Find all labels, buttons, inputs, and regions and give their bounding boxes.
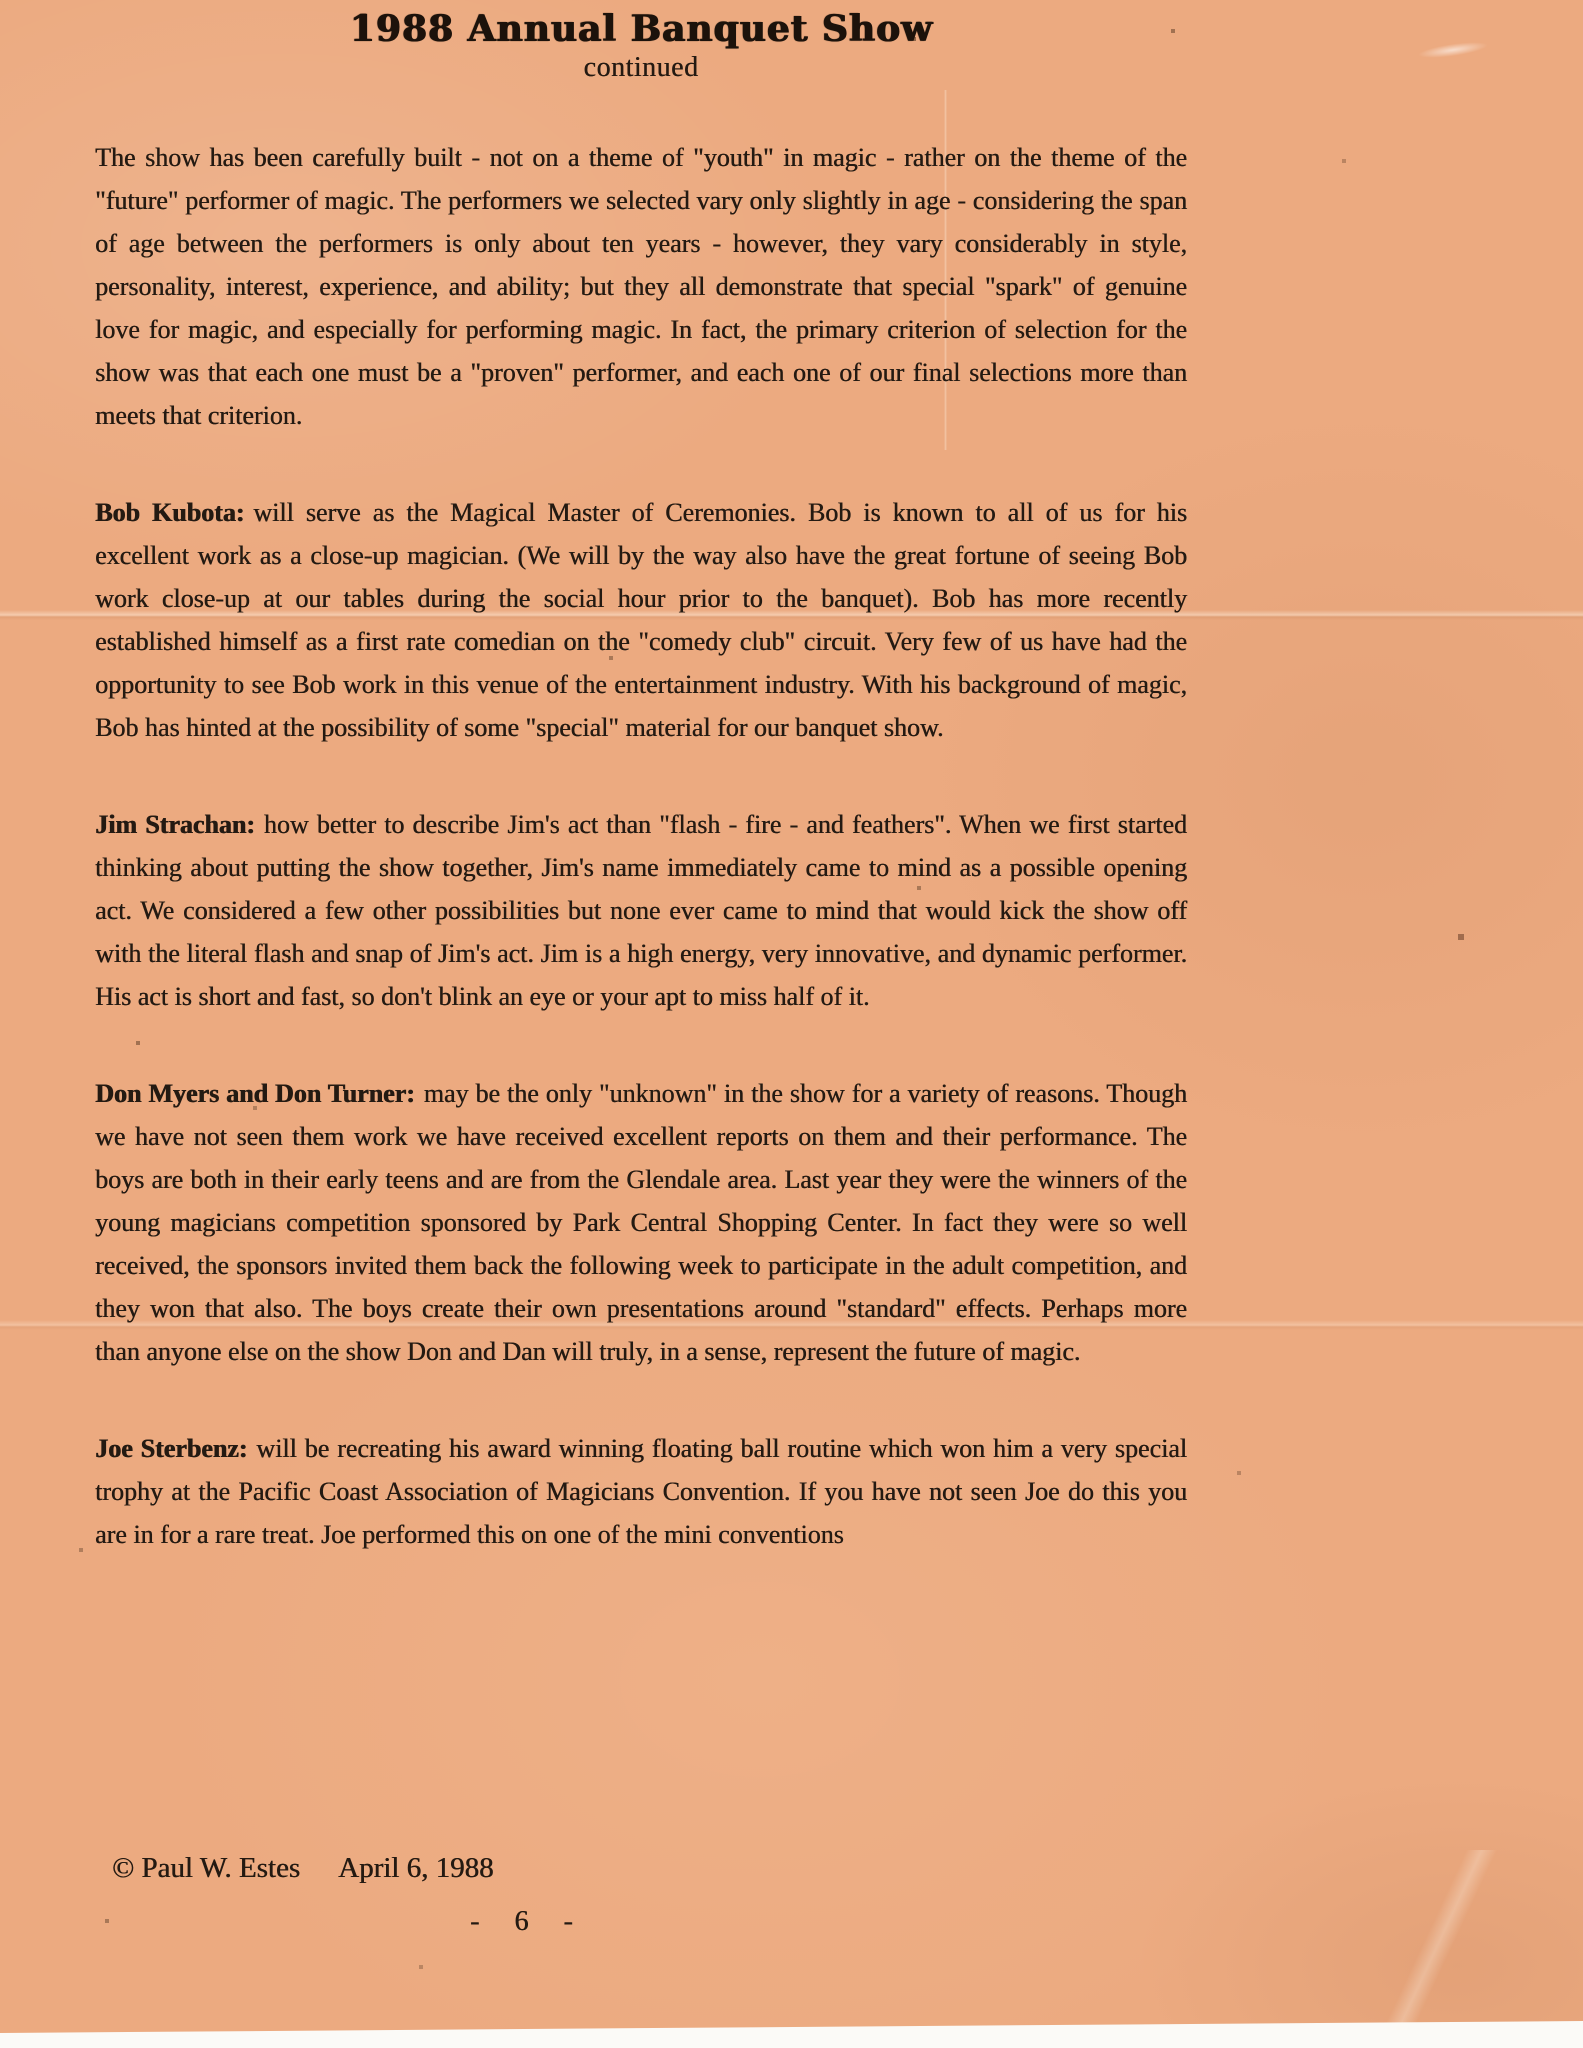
paper-crease-diagonal — [1290, 1850, 1583, 2030]
footer: © Paul W. EstesApril 6, 1988 — [112, 1852, 493, 1885]
footer-date: April 6, 1988 — [338, 1852, 493, 1884]
scan-speckles — [0, 0, 2, 2]
page-subtitle: continued — [95, 52, 1187, 84]
performer-name: Bob Kubota: — [95, 498, 244, 527]
page-title: 1988 Annual Banquet Show — [95, 8, 1187, 50]
paragraph-text: will serve as the Magical Master of Cere… — [95, 498, 1187, 742]
paragraph-text: The show has been carefully built - not … — [95, 143, 1187, 430]
paragraph-bob-kubota: Bob Kubota:will serve as the Magical Mas… — [95, 491, 1187, 749]
paragraph-don-myers-don-turner: Don Myers and Don Turner:may be the only… — [95, 1072, 1187, 1373]
performer-name: Joe Sterbenz: — [95, 1434, 247, 1463]
copyright-credit: © Paul W. Estes — [112, 1852, 300, 1884]
document-content: 1988 Annual Banquet Show continued The s… — [95, 8, 1187, 1610]
paragraph-text: will be recreating his award winning flo… — [95, 1434, 1187, 1549]
performer-name: Don Myers and Don Turner: — [95, 1079, 415, 1108]
paragraph-intro: The show has been carefully built - not … — [95, 136, 1187, 437]
paragraph-jim-strachan: Jim Strachan:how better to describe Jim'… — [95, 803, 1187, 1018]
scanned-document-page: 1988 Annual Banquet Show continued The s… — [0, 0, 1583, 2048]
page-number: - 6 - — [470, 1906, 587, 1938]
performer-name: Jim Strachan: — [95, 810, 255, 839]
paragraph-joe-sterbenz: Joe Sterbenz:will be recreating his awar… — [95, 1427, 1187, 1556]
paragraph-text: may be the only "unknown" in the show fo… — [95, 1079, 1187, 1366]
paragraph-text: how better to describe Jim's act than "f… — [95, 810, 1187, 1011]
